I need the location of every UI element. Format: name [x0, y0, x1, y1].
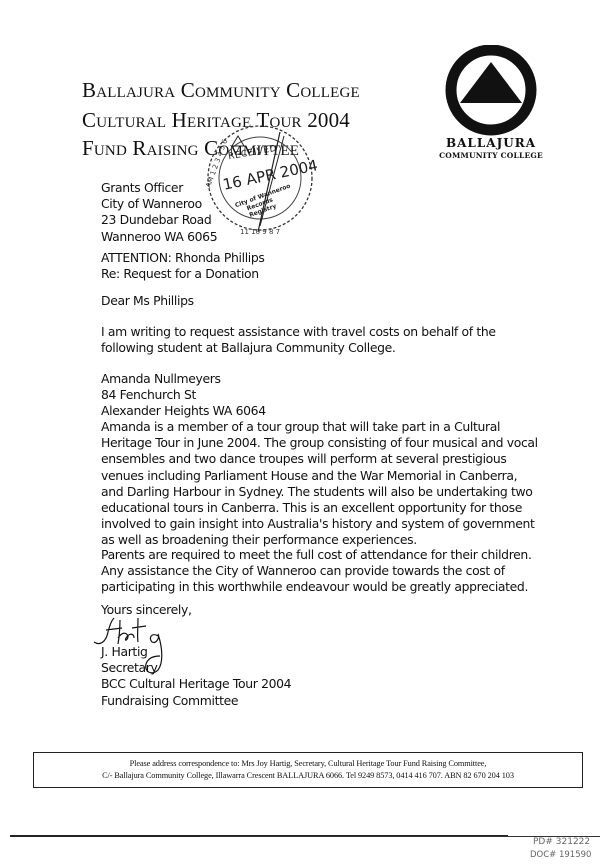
- subject-line: Re: Request for a Donation: [101, 266, 265, 282]
- signatory-title: Secretary: [101, 660, 291, 676]
- footer-line-2: C/- Ballajura Community College, Illawar…: [34, 770, 582, 782]
- correspondence-footer: Please address correspondence to: Mrs Jo…: [33, 752, 583, 788]
- letterhead-line-1: Ballajura Community College: [82, 78, 360, 103]
- signatory-org: BCC Cultural Heritage Tour 2004: [101, 676, 291, 692]
- address-line: 84 Fenchurch St: [101, 387, 266, 403]
- footer-line-1: Please address correspondence to: Mrs Jo…: [34, 758, 582, 770]
- signatory-name: J. Hartig: [101, 644, 291, 660]
- attention-block: ATTENTION: Rhonda Phillips Re: Request f…: [101, 250, 265, 282]
- signatory-committee: Fundraising Committee: [101, 693, 291, 709]
- doc-reference: DOC# 191590: [530, 850, 591, 860]
- address-line: City of Wanneroo: [101, 196, 217, 212]
- attention-line: ATTENTION: Rhonda Phillips: [101, 250, 265, 266]
- signatory-block: J. Hartig Secretary BCC Cultural Heritag…: [101, 644, 291, 709]
- paragraph-1: I am writing to request assistance with …: [101, 324, 543, 356]
- logo-name: BALLAJURA: [430, 136, 552, 150]
- received-stamp: AM 1 2 3 4 5 6 11 10 9 8 7 RECEIVED 16 A…: [200, 122, 320, 242]
- address-line: Amanda Nullmeyers: [101, 371, 266, 387]
- paragraph-3: Parents are required to meet the full co…: [101, 547, 543, 596]
- address-line: Alexander Heights WA 6064: [101, 403, 266, 419]
- logo-subname: COMMUNITY COLLEGE: [426, 151, 556, 160]
- recipient-address: Grants Officer City of Wanneroo 23 Dunde…: [101, 180, 217, 245]
- address-line: Grants Officer: [101, 180, 217, 196]
- address-line: 23 Dundebar Road: [101, 212, 217, 228]
- address-line: Wanneroo WA 6065: [101, 229, 217, 245]
- svg-text:11 10 9 8 7: 11 10 9 8 7: [240, 228, 280, 236]
- paragraph-2: Amanda is a member of a tour group that …: [101, 419, 543, 549]
- student-address: Amanda Nullmeyers 84 Fenchurch St Alexan…: [101, 371, 266, 420]
- pd-reference: PD# 321222: [533, 837, 590, 847]
- salutation: Dear Ms Phillips: [101, 293, 194, 309]
